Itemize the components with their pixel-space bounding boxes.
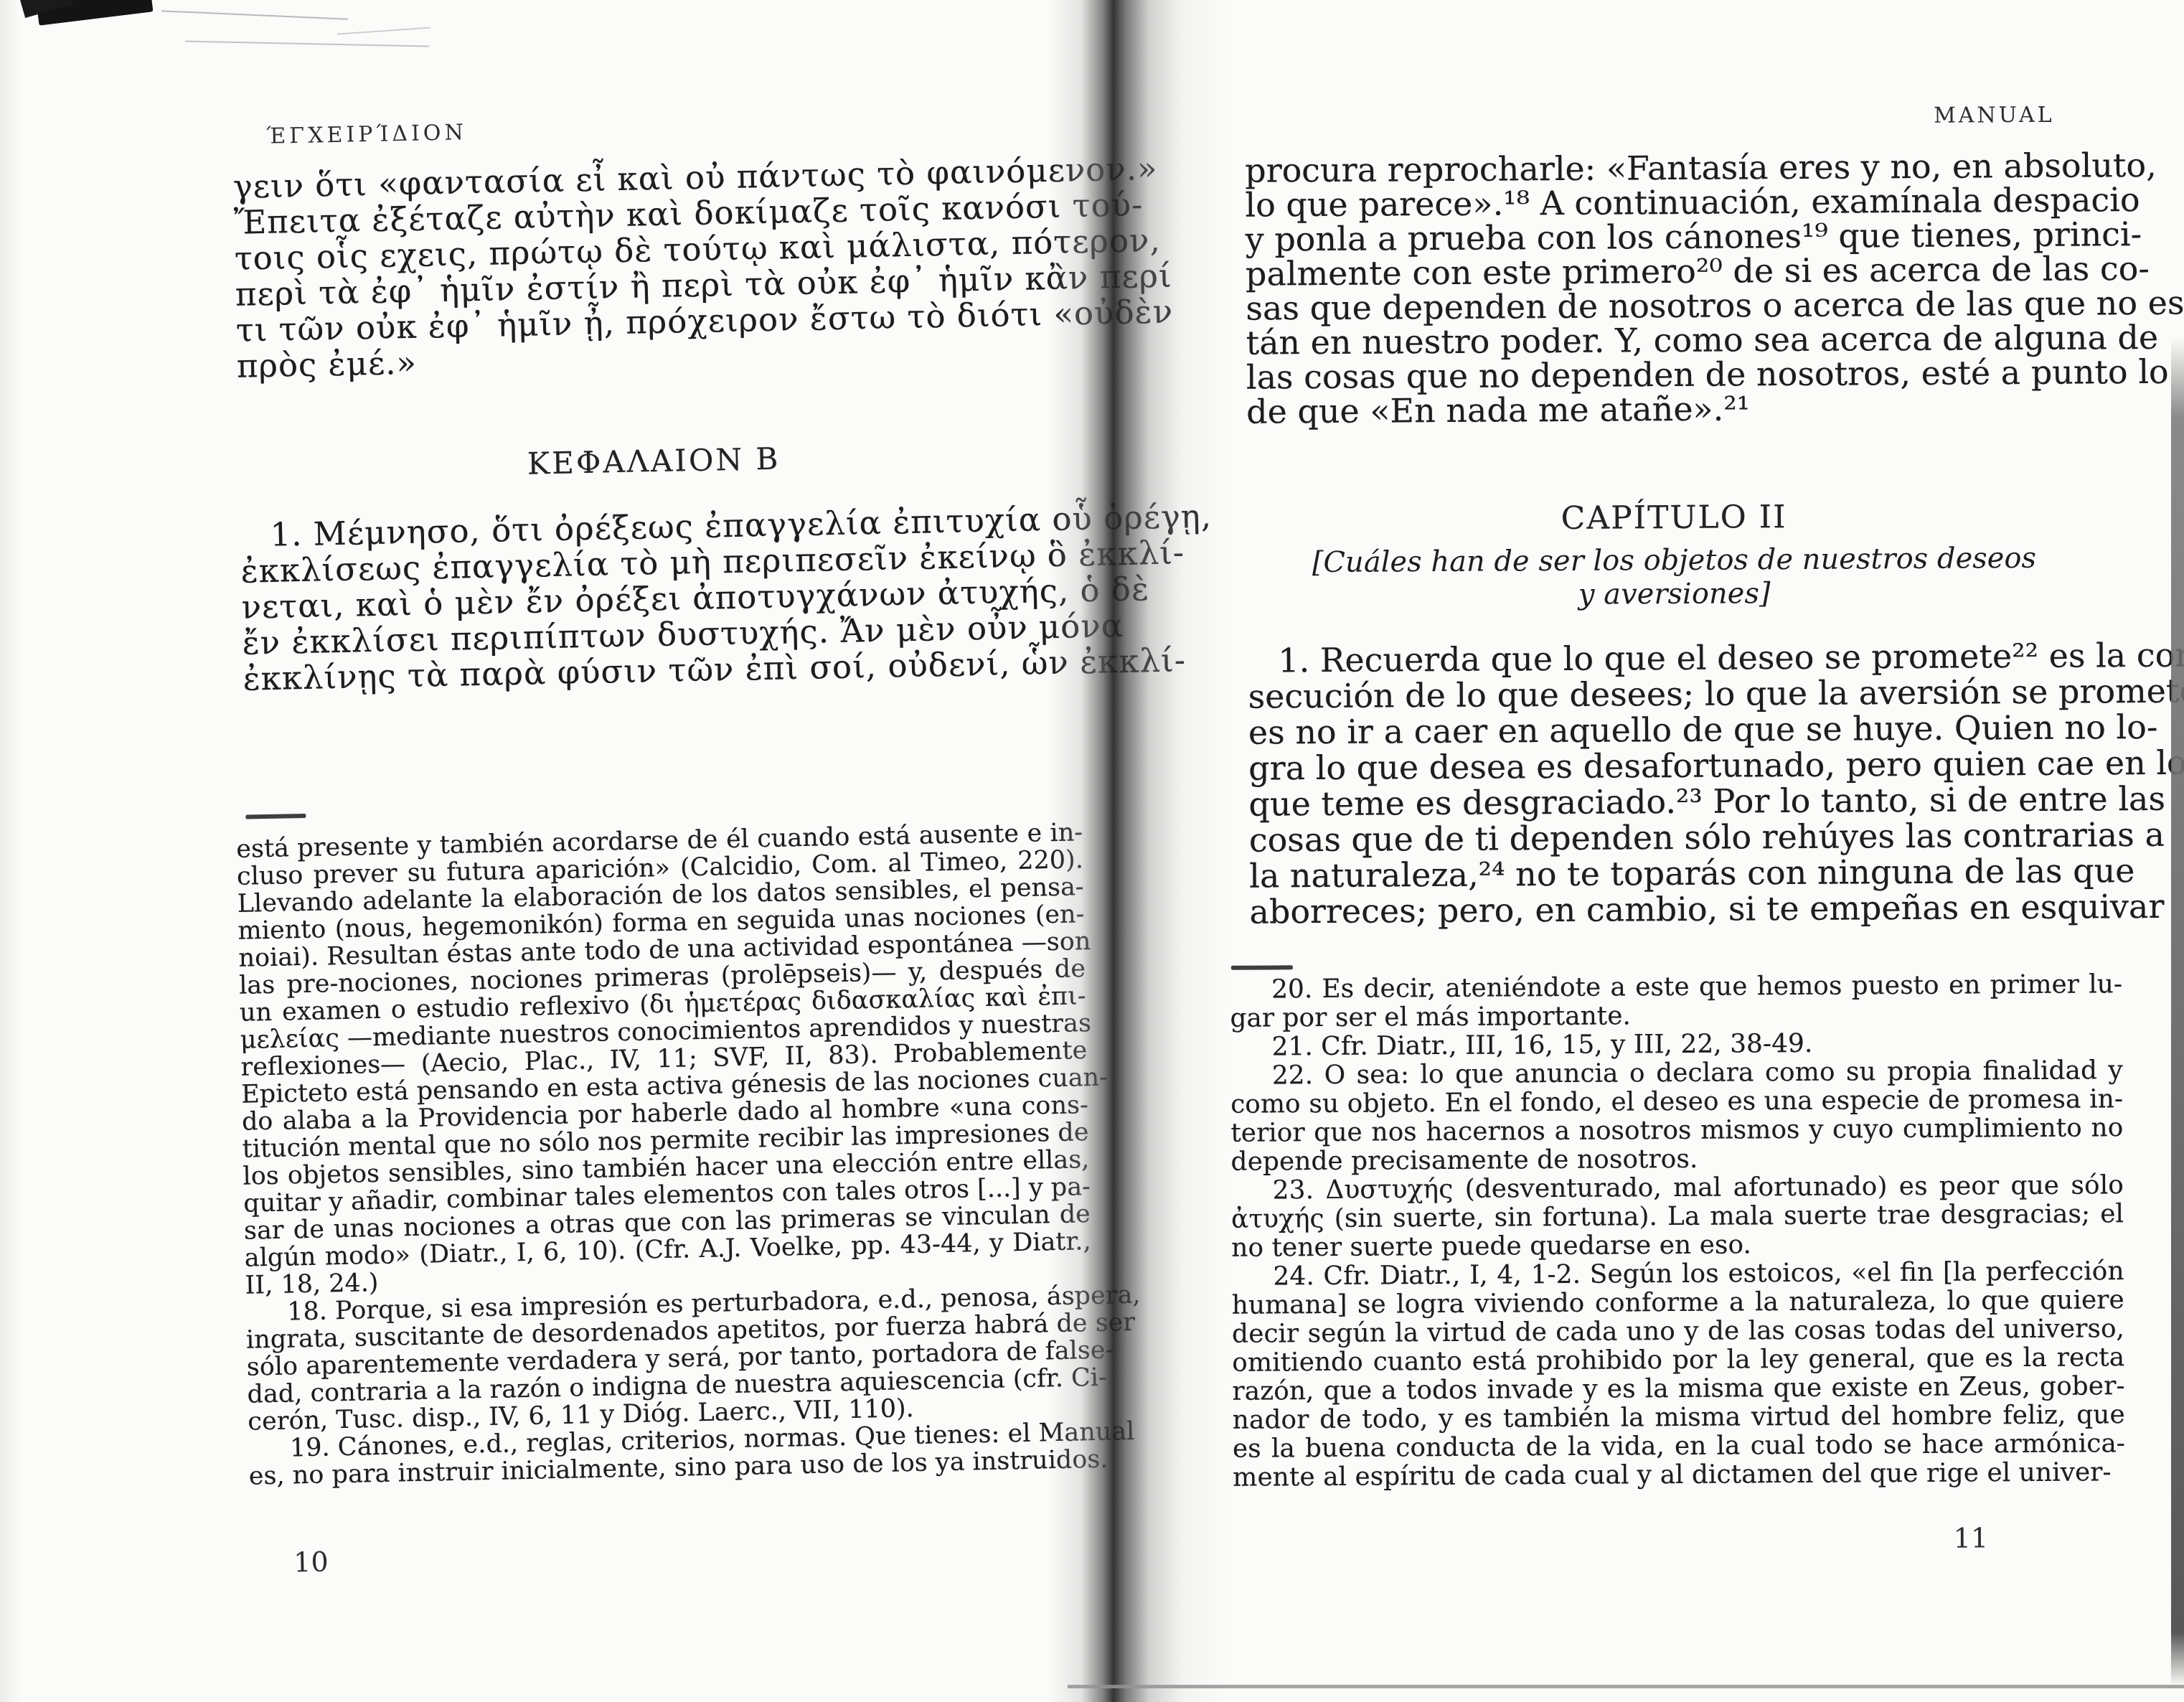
chapter-subtitle: [Cuáles han de ser los objetos de nuestr… [1221,541,2127,614]
scan-right-edge-strip [2171,337,2184,1686]
scanned-book-spread: { "left_page": { "header": "ΈΓΧΕΙΡΊΔΙΟΝ"… [0,0,2184,1702]
chapter-heading-greek: ΚΕΦΑΛΑΙΟΝ Β [228,435,1079,487]
text-line: y aversiones] [1222,575,2127,614]
text-line: las cosas que no dependen de nosotros, e… [1246,354,2117,394]
scan-left-edge-wash [0,0,20,1702]
pencil-scribble [337,27,430,34]
page-number-left: 10 [293,1546,329,1579]
footnotes-right: 20. Es decir, ateniéndote a este que hem… [1230,970,2125,1492]
spanish-paragraph-2: 1. Recuerda que lo que el deseo se prome… [1248,637,2120,929]
footnotes-left: está presente y también acordarse de él … [236,819,1096,1490]
right-page: MANUAL procura reprocharle: «Fantasía er… [1218,90,2133,1632]
text-line: [Cuáles han de ser los objetos de nuestr… [1221,541,2127,580]
spanish-paragraph-1: procura reprocharle: «Fantasía eres y no… [1245,148,2117,428]
greek-paragraph-1: γειν ὅτι «φαντασία εἶ καὶ οὐ πάντως τὸ φ… [232,153,1069,385]
book-spine-shadow [1049,0,1228,1702]
pencil-scribble [161,10,348,19]
footnote-separator [1231,965,1293,970]
scan-bottom-edge-line [1068,1685,2184,1688]
left-page: ΈΓΧΕΙΡΊΔΙΟΝ γειν ὅτι «φαντασία εἶ καὶ οὐ… [222,92,1103,1644]
running-head-right: MANUAL [1219,103,2055,133]
chapter-heading-spanish: CAPÍTULO II [1221,497,2127,539]
greek-paragraph-2: 1. Μέμνησο, ὅτι ὀρέξεως ἐπαγγελία ἐπιτυχ… [240,501,1075,697]
running-head-left: ΈΓΧΕΙΡΊΔΙΟΝ [266,120,467,149]
footnote-separator [245,814,306,819]
text-line: aborreces; pero, en cambio, si te empeña… [1249,888,2120,929]
text-line: terior que nos hacernos a nosotros mismo… [1230,1114,2123,1148]
text-line: mente al espíritu de cada cual y al dict… [1233,1458,2125,1492]
text-line: 20. Es decir, ateniéndote a este que hem… [1230,970,2122,1005]
text-line: de que «En nada me atañe».²¹ [1246,389,2117,428]
pencil-scribble [185,40,429,47]
page-number-right: 11 [1954,1522,1989,1553]
text-line: ἀτυχής (sin suerte, sin fortuna). La mal… [1231,1200,2124,1234]
